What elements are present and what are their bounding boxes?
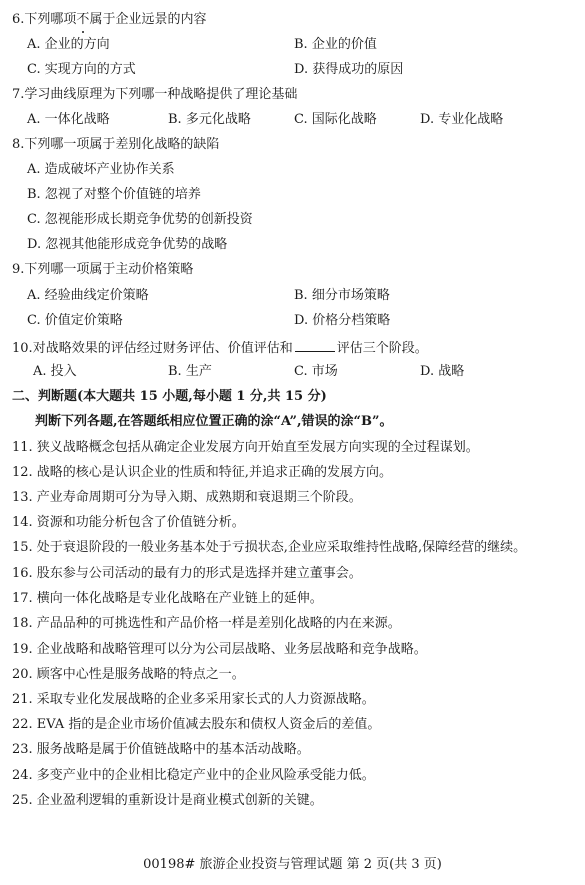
stem-text: 属于企业远景的内容 [89, 12, 206, 27]
section-instruction: 判断下列各题,在答题纸相应位置正确的涂“A”,错误的涂“B”。 [35, 414, 393, 430]
question-7-option-a: A. 一体化战略 [27, 112, 110, 128]
fill-in-blank [295, 339, 335, 352]
question-number: 10. [12, 341, 33, 356]
stem-text: 下列哪项 [24, 12, 76, 27]
stem-text: 下列哪一项属于差别化战略的缺陷 [24, 137, 219, 152]
question-10-option-d: D. 战略 [420, 364, 464, 380]
tf-question-17: 17. 横向一体化战略是专业化战略在产业链上的延伸。 [12, 591, 323, 607]
tf-question-20: 20. 顾客中心性是服务战略的特点之一。 [12, 667, 245, 683]
question-9-option-b: B. 细分市场策略 [294, 288, 390, 304]
question-9-option-c: C. 价值定价策略 [27, 313, 123, 329]
stem-text: 下列哪一项属于主动价格策略 [24, 262, 193, 277]
question-9-option-d: D. 价格分档策略 [294, 313, 390, 329]
question-10-option-a: A. 投入 [33, 364, 77, 380]
tf-question-11: 11. 狭义战略概念包括从确定企业发展方向开始直至发展方向实现的全过程谋划。 [12, 440, 479, 456]
question-7-option-b: B. 多元化战略 [168, 112, 251, 128]
tf-question-13: 13. 产业寿命周期可分为导入期、成熟期和衰退期三个阶段。 [12, 490, 362, 506]
question-7-option-d: D. 专业化战略 [420, 112, 503, 128]
tf-question-15: 15. 处于衰退阶段的一般业务基本处于亏损状态,企业应采取维持性战略,保障经营的… [12, 540, 526, 556]
tf-question-12: 12. 战略的核心是认识企业的性质和特征,并追求正确的发展方向。 [12, 465, 392, 481]
tf-question-18: 18. 产品品种的可挑选性和产品价格一样是差别化战略的内在来源。 [12, 616, 401, 632]
question-10-stem: 10.对战略效果的评估经过财务评估、价值评估和评估三个阶段。 [12, 339, 428, 357]
tf-question-21: 21. 采取专业化发展战略的企业多采用家长式的人力资源战略。 [12, 692, 375, 708]
stem-text: 评估三个阶段。 [337, 341, 428, 356]
question-10-option-c: C. 市场 [294, 364, 338, 380]
question-8-option-c: C. 忽视能形成长期竞争优势的创新投资 [27, 212, 253, 228]
question-6-stem: 6.下列哪项不属于企业远景的内容 [12, 12, 206, 28]
tf-question-16: 16. 股东参与公司活动的最有力的形式是选择并建立董事会。 [12, 566, 362, 582]
question-7-stem: 7.学习曲线原理为下列哪一种战略提供了理论基础 [12, 87, 297, 103]
question-6-option-a: A. 企业的方向 [27, 37, 110, 53]
tf-question-22: 22. EVA 指的是企业市场价值减去股东和债权人资金后的差值。 [12, 717, 380, 733]
tf-question-19: 19. 企业战略和战略管理可以分为公司层战略、业务层战略和竞争战略。 [12, 642, 427, 658]
question-number: 7. [12, 87, 24, 102]
stem-text: 对战略效果的评估经过财务评估、价值评估和 [33, 341, 293, 356]
question-6-option-b: B. 企业的价值 [294, 37, 377, 53]
question-7-option-c: C. 国际化战略 [294, 112, 377, 128]
question-8-stem: 8.下列哪一项属于差别化战略的缺陷 [12, 137, 219, 153]
tf-question-23: 23. 服务战略是属于价值链战略中的基本活动战略。 [12, 742, 310, 758]
question-9-stem: 9.下列哪一项属于主动价格策略 [12, 262, 193, 278]
question-number: 8. [12, 137, 24, 152]
question-8-option-a: A. 造成破坏产业协作关系 [27, 162, 175, 178]
emphasized-char: 不 [76, 12, 89, 28]
question-8-option-b: B. 忽视了对整个价值链的培养 [27, 187, 201, 203]
question-6-option-c: C. 实现方向的方式 [27, 62, 136, 78]
question-8-option-d: D. 忽视其他能形成竞争优势的战略 [27, 237, 227, 253]
question-10-option-b: B. 生产 [168, 364, 212, 380]
question-number: 9. [12, 262, 24, 277]
stem-text: 学习曲线原理为下列哪一种战略提供了理论基础 [24, 87, 297, 102]
question-9-option-a: A. 经验曲线定价策略 [27, 288, 149, 304]
tf-question-25: 25. 企业盈利逻辑的重新设计是商业模式创新的关键。 [12, 793, 323, 809]
tf-question-24: 24. 多变产业中的企业相比稳定产业中的企业风险承受能力低。 [12, 768, 375, 784]
question-number: 6. [12, 12, 24, 27]
tf-question-14: 14. 资源和功能分析包含了价值链分析。 [12, 515, 245, 531]
page-footer: 00198# 旅游企业投资与管理试题 第 2 页(共 3 页) [0, 857, 585, 873]
question-6-option-d: D. 获得成功的原因 [294, 62, 403, 78]
section-title: 二、判断题(本大题共 15 小题,每小题 1 分,共 15 分) [12, 389, 327, 405]
